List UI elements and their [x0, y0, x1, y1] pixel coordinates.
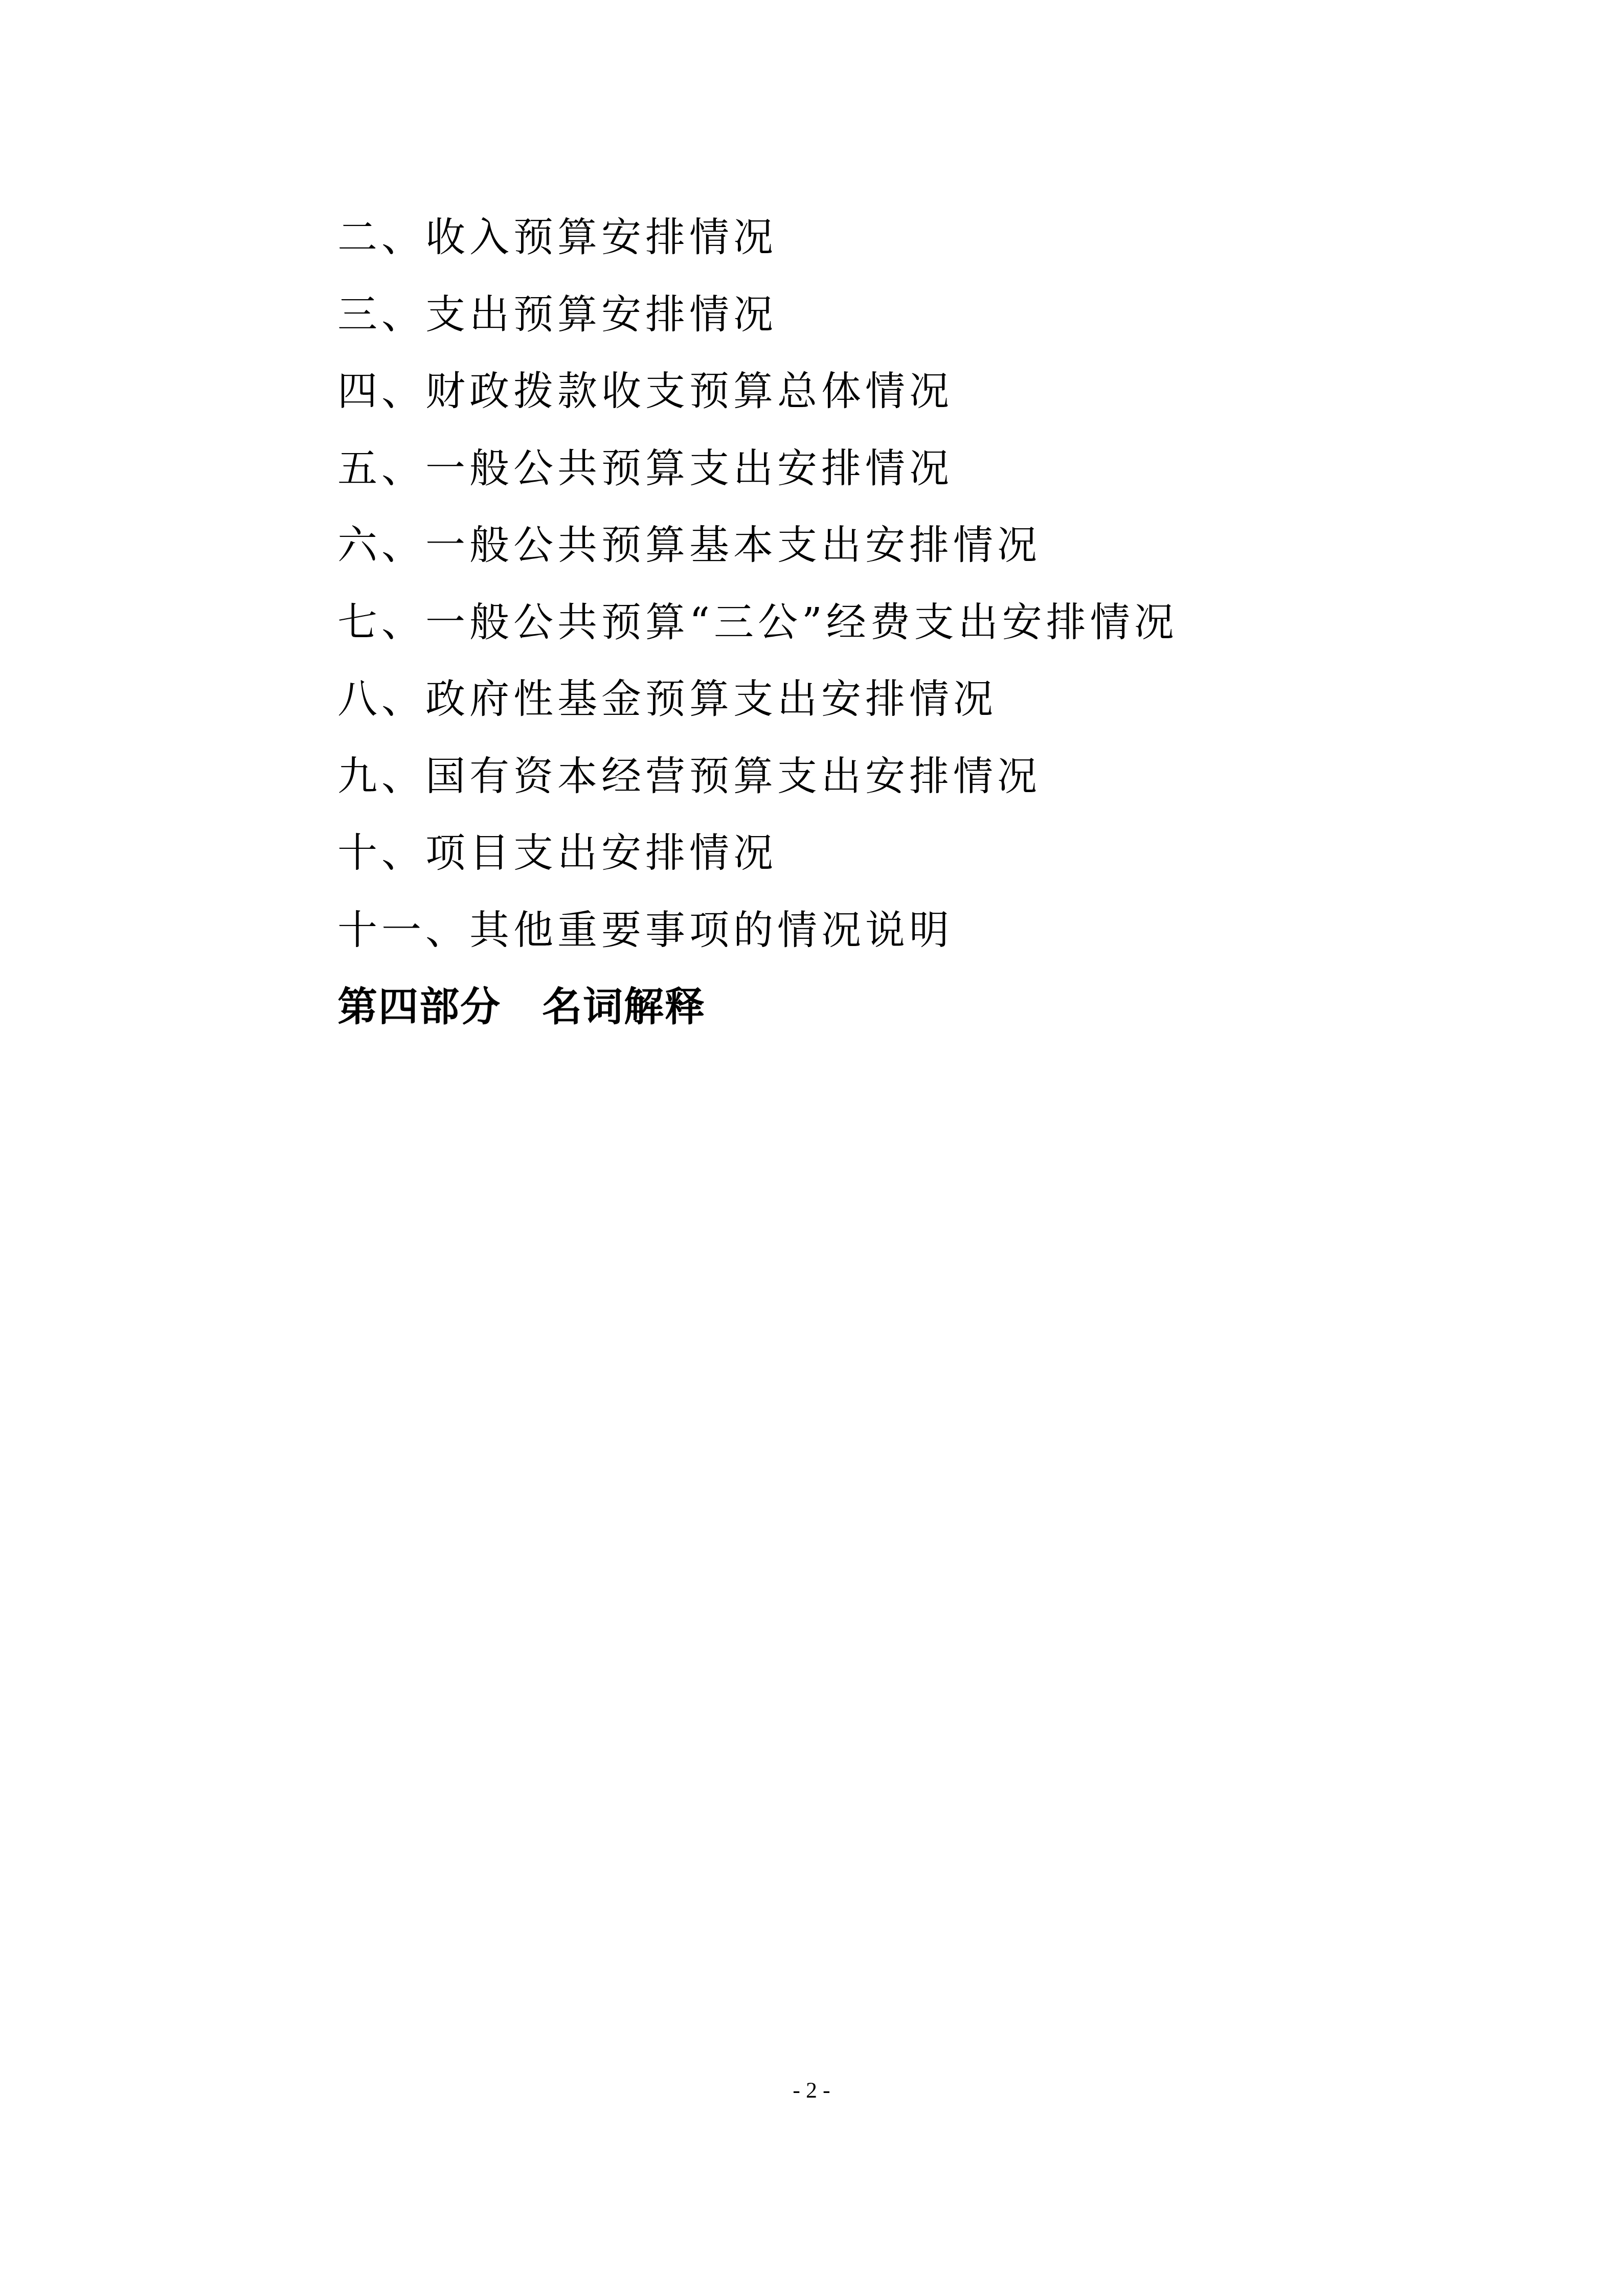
toc-item-other-important-matters: 十一、其他重要事项的情况说明	[337, 905, 1178, 982]
toc-item-general-public-budget-expenditure: 五、一般公共预算支出安排情况	[337, 443, 1178, 521]
toc-item-income-budget: 二、收入预算安排情况	[337, 212, 1178, 289]
page-number: - 2 -	[0, 2075, 1623, 2106]
toc-item-general-public-budget-basic-expenditure: 六、一般公共预算基本支出安排情况	[337, 520, 1178, 597]
table-of-contents: 二、收入预算安排情况 三、支出预算安排情况 四、财政拨款收支预算总体情况 五、一…	[337, 212, 1178, 1059]
toc-part-four-glossary-heading: 第四部分 名词解释	[337, 982, 1178, 1059]
toc-item-expenditure-budget: 三、支出预算安排情况	[337, 289, 1178, 367]
document-page: 二、收入预算安排情况 三、支出预算安排情况 四、财政拨款收支预算总体情况 五、一…	[0, 0, 1623, 2296]
toc-item-project-expenditure: 十、项目支出安排情况	[337, 828, 1178, 905]
toc-item-state-capital-operation-budget: 九、国有资本经营预算支出安排情况	[337, 751, 1178, 828]
toc-item-government-fund-budget: 八、政府性基金预算支出安排情况	[337, 674, 1178, 751]
toc-item-fiscal-appropriation-overall: 四、财政拨款收支预算总体情况	[337, 366, 1178, 443]
toc-item-three-public-expenses: 七、一般公共预算“三公”经费支出安排情况	[337, 597, 1178, 674]
